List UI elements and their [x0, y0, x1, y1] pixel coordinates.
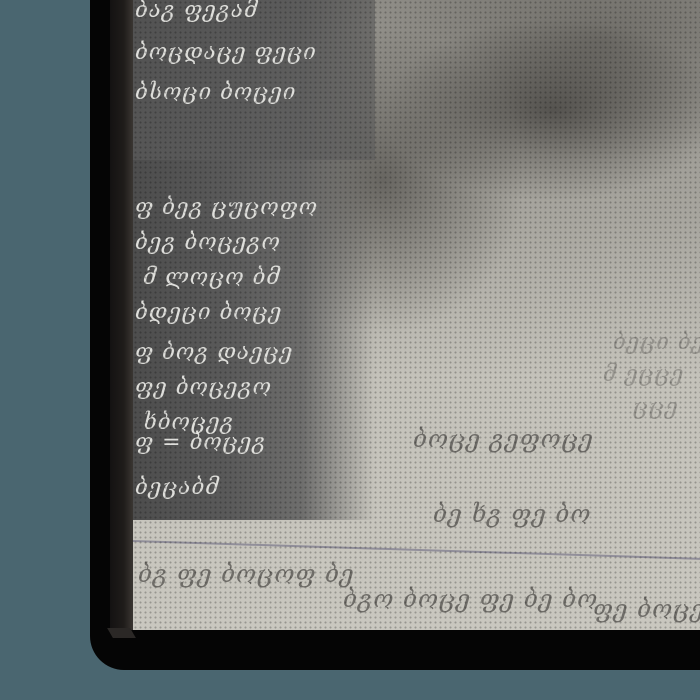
- texture-overlay: [133, 0, 700, 630]
- artwork-canvas: ბაგ ფეგამ ბოცდაცე ფეცი ბსოცი ბოცეი ფ ბეგ…: [133, 0, 700, 630]
- frame-inner-side: [110, 0, 133, 630]
